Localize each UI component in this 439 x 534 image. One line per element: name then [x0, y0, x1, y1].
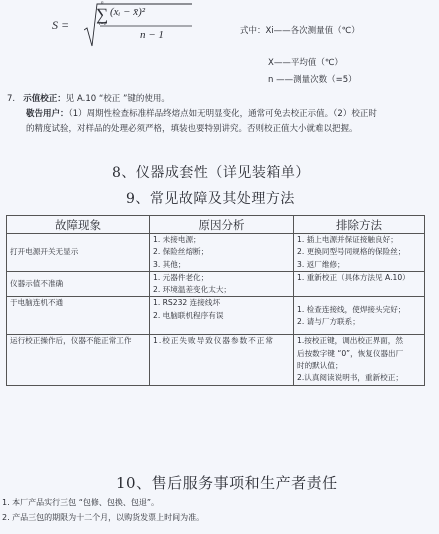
fix-item: 2. 请与厂方联系；	[297, 316, 421, 328]
table-row: 运行校正操作后，仪器不能正常工作 1.校正失败导致仪器参数不正常 1.按校正键，…	[7, 335, 425, 385]
fix-item: 2. 更换同型号同规格的保险丝；	[297, 246, 421, 258]
fix-item: 2.认真阅读说明书，重新校正；	[297, 372, 421, 384]
fix-cell: 1.按校正键，调出校正界面，然 后按数字键 “0”，恢复仪器出厂 时的默认值； …	[294, 335, 425, 385]
section-7: 7. 示值校正：见 A.10 “校正 ”键的使用。	[7, 92, 170, 107]
section-7-number: 7.	[7, 94, 15, 104]
symptom-cell: 仪器示值不准确	[7, 271, 150, 297]
service-item-2: 2. 产品三包的期限为十二个月，以购货发票上时间为准。	[2, 511, 204, 525]
heading-9: 9、常见故障及其处理方法	[126, 188, 295, 208]
fault-table: 故障现象 原因分析 排除方法 打开电源开关无显示 1. 未接电源； 2. 保险丝…	[6, 215, 425, 386]
cause-item: 1. 未接电源；	[153, 234, 290, 246]
cause-cell: 1.校正失败导致仪器参数不正常	[150, 335, 294, 385]
fix-cell: 1. 重新校正（具体方法见 A.10）	[294, 271, 425, 297]
formula-denominator: n − 1	[140, 29, 164, 41]
fix-item: 1. 检查连接线，使焊接头完好；	[297, 304, 421, 316]
notice-label: 敬告用户：	[26, 109, 69, 119]
fix-item: 1.按校正键，调出校正界面，然	[297, 335, 421, 347]
notice-text-1: （1）周期性检查标准样品终熔点如无明显变化，通常可免去校正示值。（2）校正时	[69, 109, 377, 119]
formula-lhs: S =	[52, 18, 69, 33]
header-cause: 原因分析	[150, 216, 294, 234]
sum-lower-limit: i=1	[99, 22, 106, 27]
cause-item: 1. 元器件老化；	[153, 272, 290, 284]
table-row: 打开电源开关无显示 1. 未接电源； 2. 保险丝熔断； 3. 其他； 1. 插…	[7, 234, 425, 272]
section-7-text: 见 A.10 “校正 ”键的使用。	[66, 94, 170, 104]
fix-item: 1. 插上电源并保证接触良好；	[297, 234, 421, 246]
cause-item: 2. 电脑联机程序有误	[153, 310, 290, 322]
header-fix: 排除方法	[294, 216, 425, 234]
legend-xi: 式中：Xi——各次测量值（℃）	[240, 24, 360, 36]
cause-cell: 1. 未接电源； 2. 保险丝熔断； 3. 其他；	[150, 234, 294, 272]
cause-item: 1. RS232 连接线坏	[153, 297, 290, 309]
fix-cell: 1. 插上电源并保证接触良好； 2. 更换同型号同规格的保险丝； 3. 返厂维修…	[294, 234, 425, 272]
fix-item: 3. 返厂维修；	[297, 259, 421, 271]
symptom-cell: 运行校正操作后，仪器不能正常工作	[7, 335, 150, 385]
notice-line-2: 的精度试验，对样品的处理必须严格，填装也要特别讲究。否则校正值大小就难以把握。	[26, 122, 358, 137]
fix-cell: 1. 检查连接线，使焊接头完好； 2. 请与厂方联系；	[294, 297, 425, 335]
cause-cell: 1. 元器件老化； 2. 环境温差变化太大；	[150, 271, 294, 297]
std-dev-formula: S = n ∑ i=1 (xᵢ − x̄)² n − 1	[52, 2, 192, 50]
service-item-1: 1. 本厂产品实行三包 “包修、包换、包退”。	[2, 496, 159, 510]
fix-item: 1. 重新校正（具体方法见 A.10）	[297, 272, 421, 284]
fix-item: 时的默认值；	[297, 360, 421, 372]
fix-item: 后按数字键 “0”，恢复仪器出厂	[297, 348, 421, 360]
section-7-title: 示值校正：	[23, 94, 66, 104]
legend-n: n ——测量次数（=5）	[268, 73, 357, 85]
notice-line-1: 敬告用户：（1）周期性检查标准样品终熔点如无明显变化，通常可免去校正示值。（2）…	[26, 107, 377, 122]
table-row: 于电脑连机不通 1. RS232 连接线坏 2. 电脑联机程序有误 1. 检查连…	[7, 297, 425, 335]
symptom-cell: 于电脑连机不通	[7, 297, 150, 335]
cause-item: 3. 其他；	[153, 259, 290, 271]
formula-numerator: (xᵢ − x̄)²	[110, 6, 145, 18]
cause-item: 2. 环境温差变化太大；	[153, 284, 290, 296]
symptom-cell: 打开电源开关无显示	[7, 234, 150, 272]
table-header-row: 故障现象 原因分析 排除方法	[7, 216, 425, 234]
table-row: 仪器示值不准确 1. 元器件老化； 2. 环境温差变化太大； 1. 重新校正（具…	[7, 271, 425, 297]
header-symptom: 故障现象	[7, 216, 150, 234]
heading-10: 10、售后服务事项和生产者责任	[116, 472, 338, 493]
cause-item: 2. 保险丝熔断；	[153, 246, 290, 258]
heading-8: 8、仪器成套性（详见装箱单）	[112, 162, 310, 182]
legend-x-mean: X——平均值（℃）	[268, 56, 343, 68]
cause-cell: 1. RS232 连接线坏 2. 电脑联机程序有误	[150, 297, 294, 335]
